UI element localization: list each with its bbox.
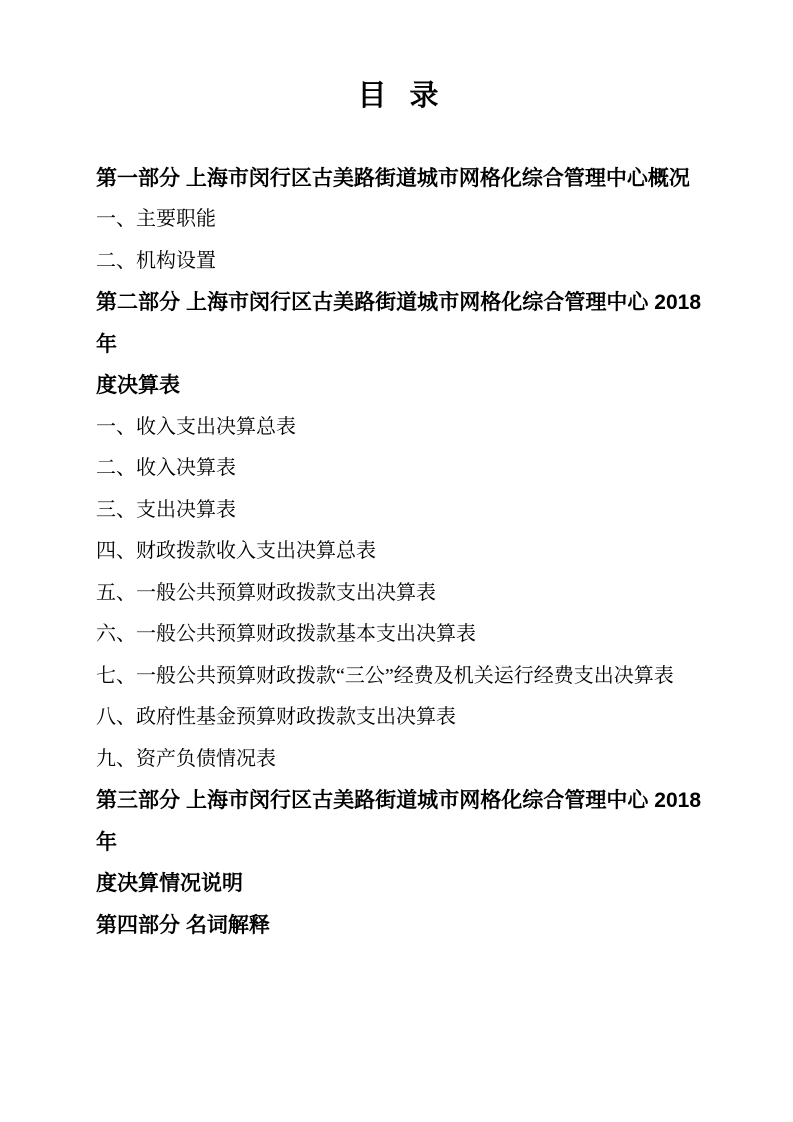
toc-line: 度决算表	[96, 365, 701, 407]
toc-line: 第四部分 名词解释	[96, 905, 701, 947]
page-title: 目 录	[96, 76, 701, 118]
toc-section-heading: 第三部分 上海市闵行区古美路街道城市网格化综合管理中心 2018 年度决算情况说…	[96, 780, 701, 905]
toc-item: 八、政府性基金预算财政拨款支出决算表	[96, 697, 701, 739]
toc-line: 六、一般公共预算财政拨款基本支出决算表	[96, 614, 701, 656]
toc-line: 第二部分 上海市闵行区古美路街道城市网格化综合管理中心 2018 年	[96, 282, 701, 365]
toc-item: 二、收入决算表	[96, 448, 701, 490]
toc-item: 四、财政拨款收入支出决算总表	[96, 531, 701, 573]
toc-line: 第三部分 上海市闵行区古美路街道城市网格化综合管理中心 2018 年	[96, 780, 701, 863]
toc-item: 六、一般公共预算财政拨款基本支出决算表	[96, 614, 701, 656]
toc-line: 八、政府性基金预算财政拨款支出决算表	[96, 697, 701, 739]
toc-item: 五、一般公共预算财政拨款支出决算表	[96, 573, 701, 615]
toc-line: 一、收入支出决算总表	[96, 407, 701, 449]
toc-item: 二、机构设置	[96, 241, 701, 283]
toc-item: 一、主要职能	[96, 199, 701, 241]
toc-item: 一、收入支出决算总表	[96, 407, 701, 449]
toc-list: 第一部分 上海市闵行区古美路街道城市网格化综合管理中心概况一、主要职能二、机构设…	[96, 158, 701, 947]
toc-line: 九、资产负债情况表	[96, 739, 701, 781]
toc-item: 九、资产负债情况表	[96, 739, 701, 781]
document-page: 目 录 第一部分 上海市闵行区古美路街道城市网格化综合管理中心概况一、主要职能二…	[0, 0, 793, 1122]
toc-line: 第一部分 上海市闵行区古美路街道城市网格化综合管理中心概况	[96, 158, 701, 200]
toc-line: 二、机构设置	[96, 241, 701, 283]
toc-section-heading: 第一部分 上海市闵行区古美路街道城市网格化综合管理中心概况	[96, 158, 701, 200]
toc-line: 度决算情况说明	[96, 863, 701, 905]
toc-line: 二、收入决算表	[96, 448, 701, 490]
toc-section-heading: 第二部分 上海市闵行区古美路街道城市网格化综合管理中心 2018 年度决算表	[96, 282, 701, 407]
toc-item: 三、支出决算表	[96, 490, 701, 532]
toc-line: 五、一般公共预算财政拨款支出决算表	[96, 573, 701, 615]
toc-item: 七、一般公共预算财政拨款“三公”经费及机关运行经费支出决算表	[96, 656, 701, 698]
toc-line: 七、一般公共预算财政拨款“三公”经费及机关运行经费支出决算表	[96, 656, 701, 698]
toc-line: 三、支出决算表	[96, 490, 701, 532]
toc-section-heading: 第四部分 名词解释	[96, 905, 701, 947]
toc-line: 四、财政拨款收入支出决算总表	[96, 531, 701, 573]
toc-line: 一、主要职能	[96, 199, 701, 241]
